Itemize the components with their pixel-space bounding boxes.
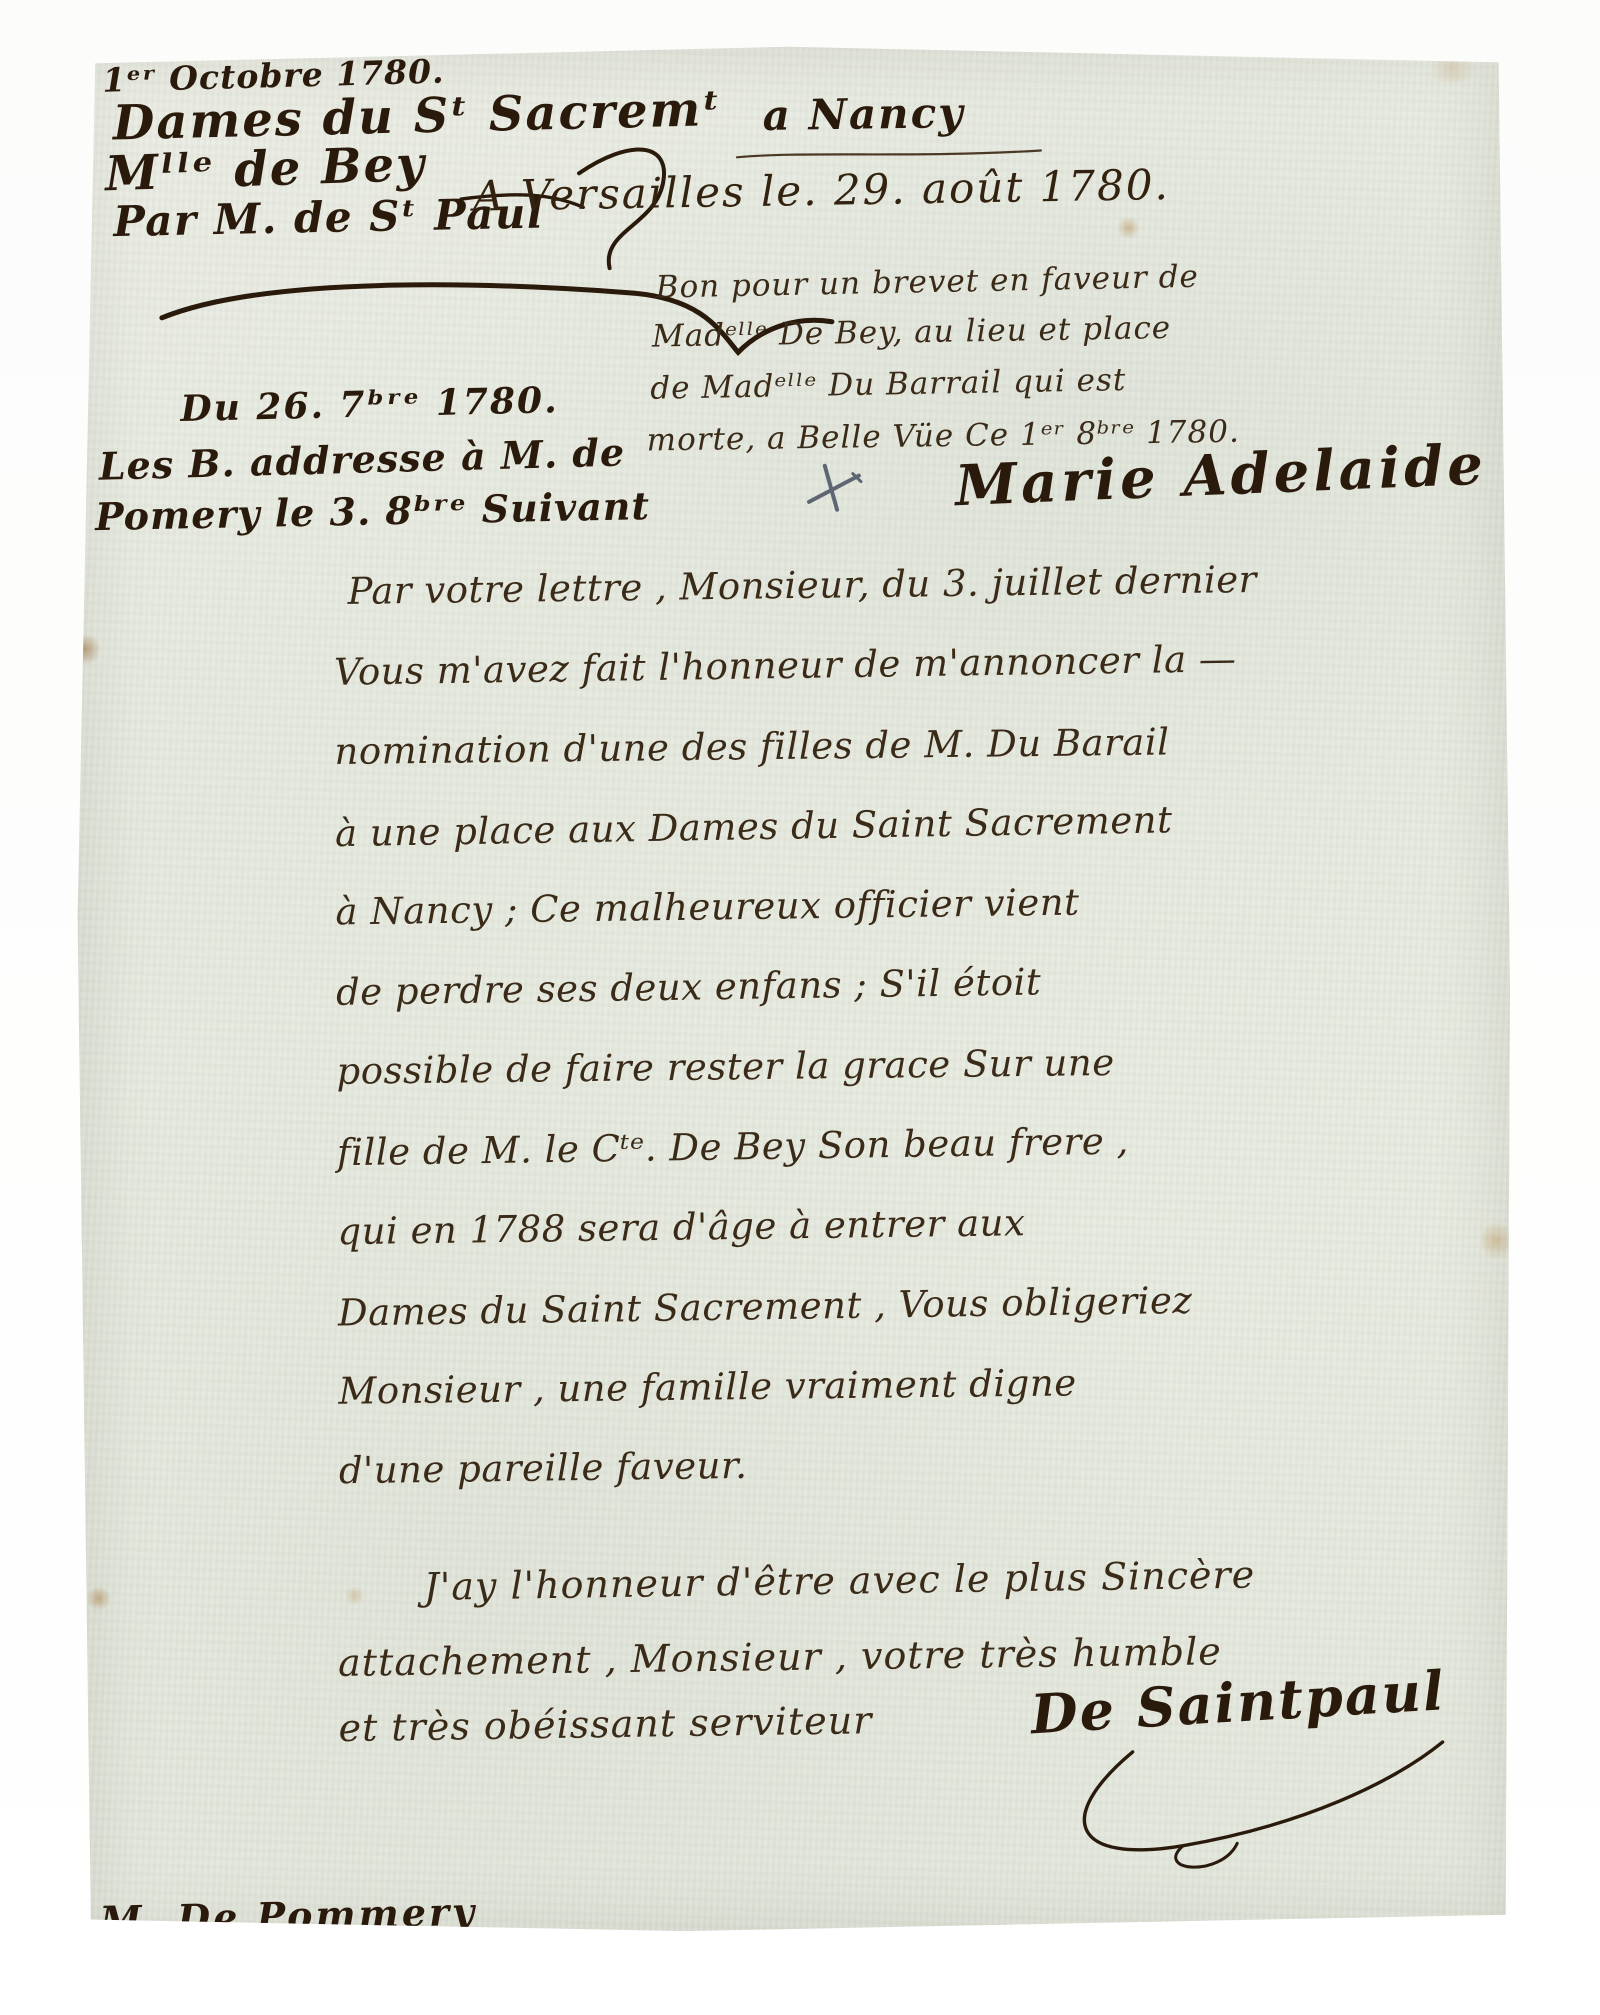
stain-spot	[1481, 1218, 1511, 1264]
approval-line: Madᵉˡˡᵉ De Bey, au lieu et place	[652, 313, 1172, 353]
approval-line: Bon pour un brevet en faveur de	[655, 262, 1199, 304]
pencil-cross-mark	[803, 462, 867, 514]
body-line: Monsieur , une famille vraiment digne	[338, 1364, 1077, 1409]
stain-spot	[344, 1587, 366, 1605]
body-line: à une place aux Dames du Saint Sacrement	[335, 801, 1173, 852]
body-line: Dames du Saint Sacrement , Vous obligeri…	[338, 1282, 1193, 1332]
margin-note-line: Du 26. 7ᵇʳᵉ 1780.	[180, 382, 559, 427]
letter-paper: 1ᵉʳ Octobre 1780. Dames du Sᵗ Sacremᵗ a …	[72, 38, 1516, 1943]
stain-spot	[1115, 218, 1141, 238]
approval-line: de Madᵉˡˡᵉ Du Barrail qui est	[650, 365, 1127, 405]
dateline: A Versailles le. 29. août 1780.	[473, 164, 1170, 218]
body-line: fille de M. le Cᵗᵉ. De Bey Son beau frer…	[337, 1123, 1129, 1172]
body-line: à Nancy ; Ce malheureux officier vient	[335, 884, 1079, 931]
body-line: d'une pareille faveur.	[339, 1447, 748, 1489]
body-line: nomination d'une des filles de M. Du Bar…	[334, 724, 1169, 770]
closing-line: et très obéissant serviteur	[338, 1701, 872, 1747]
body-line: de perdre ses deux enfans ; S'il étoit	[336, 963, 1042, 1010]
body-line: Vous m'avez fait l'honneur de m'annoncer…	[334, 640, 1237, 690]
body-line: possible de faire rester la grace Sur un…	[336, 1044, 1115, 1090]
body-line: Par votre lettre , Monsieur, du 3. juill…	[347, 561, 1257, 610]
closing-line: J'ay l'honneur d'être avec le plus Sincè…	[423, 1556, 1255, 1606]
signature-flourish	[1013, 1738, 1474, 1891]
closing-line: attachement , Monsieur , votre très humb…	[338, 1632, 1222, 1682]
margin-note-line: Pomery le 3. 8ᵇʳᵉ Suivant	[95, 487, 651, 536]
stain-spot	[86, 1586, 112, 1610]
margin-note-line: Les B. addresse à M. de	[98, 434, 625, 486]
body-line: qui en 1788 sera d'âge à entrer aux	[337, 1204, 1025, 1250]
